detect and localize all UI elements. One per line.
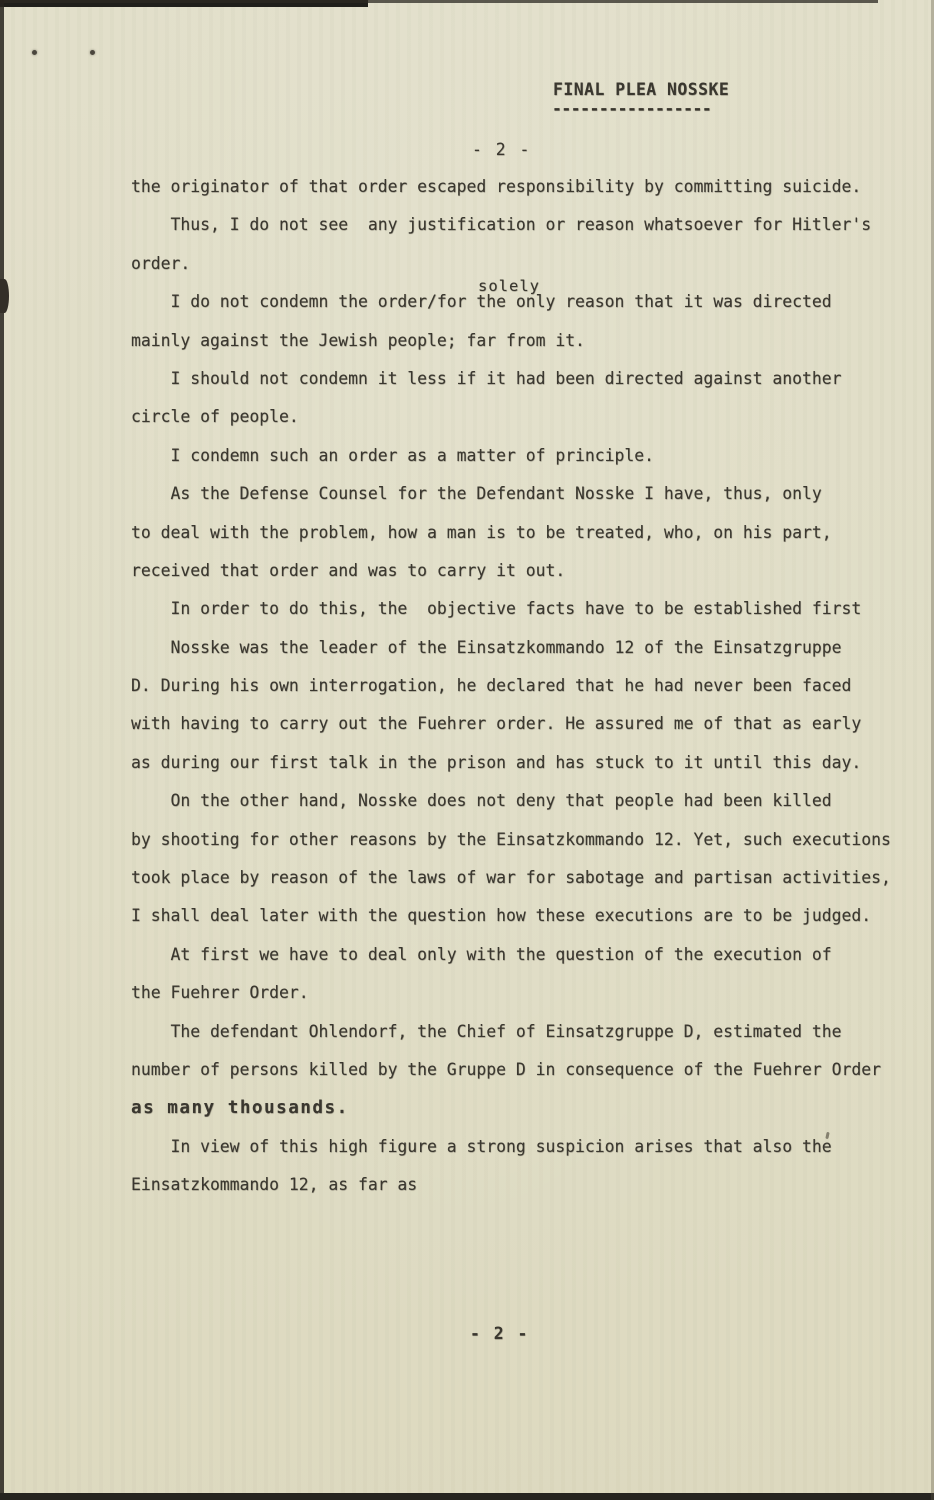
document-title: FINAL PLEA NOSSKE — [553, 80, 729, 99]
typed-line: At first we have to deal only with the q… — [131, 936, 921, 974]
typed-line: number of persons killed by the Gruppe D… — [131, 1051, 921, 1089]
typed-line: as during our first talk in the prison a… — [131, 744, 921, 782]
title-underline: ----------------- — [552, 99, 711, 118]
typed-line: the originator of that order escaped res… — [131, 168, 921, 206]
typed-line: In order to do this, the objective facts… — [131, 590, 921, 628]
typed-line: In view of this high figure a strong sus… — [131, 1128, 921, 1166]
document-body: the originator of that order escaped res… — [131, 168, 921, 1205]
scan-edge-top-thin — [0, 0, 878, 3]
inserted-word-solely: solely — [478, 277, 540, 295]
scan-edge-bottom — [0, 1493, 934, 1500]
typed-line: I shall deal later with the question how… — [131, 897, 921, 935]
typed-line: I condemn such an order as a matter of p… — [131, 437, 921, 475]
punch-hole — [90, 50, 95, 55]
typed-line: Nosske was the leader of the Einsatzkomm… — [131, 629, 921, 667]
scan-smudge-left-margin — [0, 279, 9, 313]
typed-line: circle of people. — [131, 398, 921, 436]
typed-line: As the Defense Counsel for the Defendant… — [131, 475, 921, 513]
typed-line: received that order and was to carry it … — [131, 552, 921, 590]
typed-line: Einsatzkommando 12, as far as — [131, 1166, 921, 1204]
page-number-top: - 2 - — [472, 140, 531, 159]
typed-line: D. During his own interrogation, he decl… — [131, 667, 921, 705]
scan-edge-left — [0, 0, 4, 1500]
page-number-bottom: - 2 - — [470, 1324, 529, 1343]
typed-line: took place by reason of the laws of war … — [131, 859, 921, 897]
typed-line: with having to carry out the Fuehrer ord… — [131, 705, 921, 743]
typed-line: On the other hand, Nosske does not deny … — [131, 782, 921, 820]
typed-line: Thus, I do not see any justification or … — [131, 206, 921, 244]
typed-line: as many thousands. — [131, 1089, 921, 1127]
typed-line: mainly against the Jewish people; far fr… — [131, 322, 921, 360]
punch-hole — [32, 50, 37, 55]
typed-line: to deal with the problem, how a man is t… — [131, 514, 921, 552]
typed-line: by shooting for other reasons by the Ein… — [131, 821, 921, 859]
typed-line: the Fuehrer Order. — [131, 974, 921, 1012]
typed-line: The defendant Ohlendorf, the Chief of Ei… — [131, 1013, 921, 1051]
document-page: FINAL PLEA NOSSKE ----------------- - 2 … — [0, 0, 934, 1500]
typed-line: I should not condemn it less if it had b… — [131, 360, 921, 398]
